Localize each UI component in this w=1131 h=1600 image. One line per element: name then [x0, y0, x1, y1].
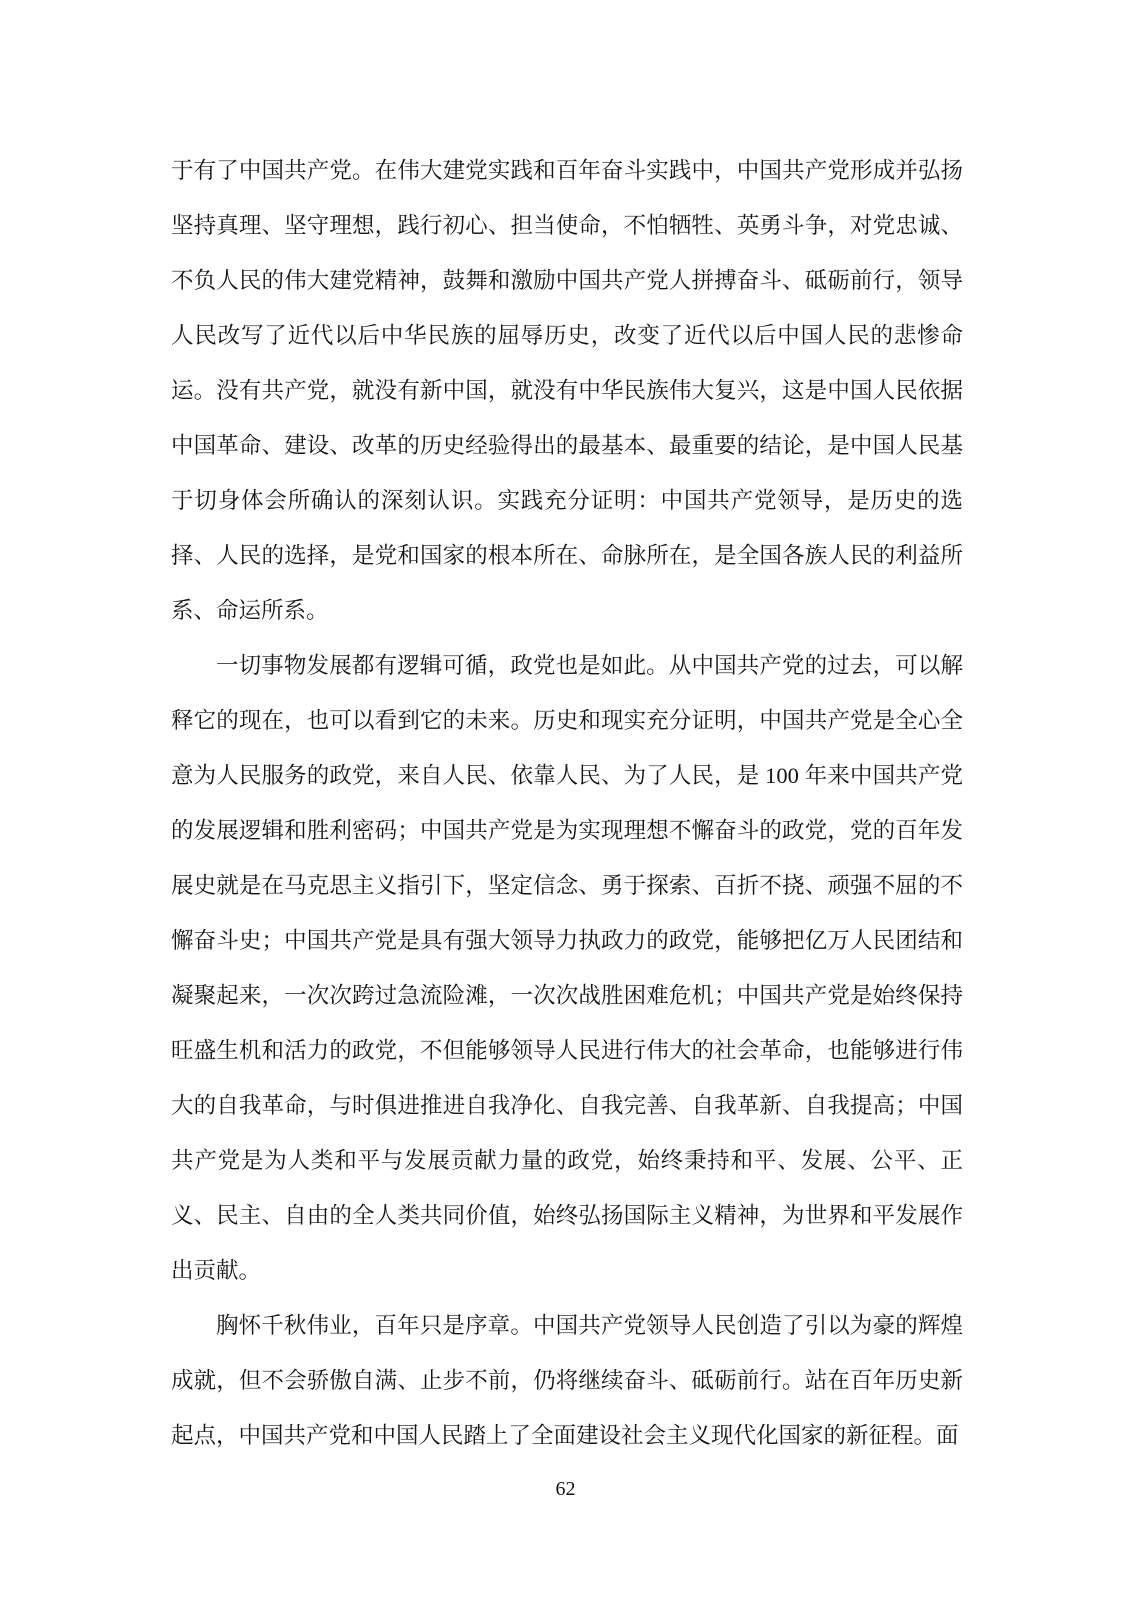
paragraph: 胸怀千秋伟业，百年只是序章。中国共产党领导人民创造了引以为豪的辉煌成就，但不会骄…	[171, 1298, 963, 1463]
page-number: 62	[0, 1478, 1131, 1501]
paragraph: 一切事物发展都有逻辑可循，政党也是如此。从中国共产党的过去，可以解释它的现在，也…	[171, 638, 963, 1298]
document-page: 于有了中国共产党。在伟大建党实践和百年奋斗实践中，中国共产党形成并弘扬坚持真理、…	[0, 0, 1131, 1600]
paragraph-continuation: 于有了中国共产党。在伟大建党实践和百年奋斗实践中，中国共产党形成并弘扬坚持真理、…	[171, 143, 963, 638]
body-text: 于有了中国共产党。在伟大建党实践和百年奋斗实践中，中国共产党形成并弘扬坚持真理、…	[171, 143, 963, 1463]
